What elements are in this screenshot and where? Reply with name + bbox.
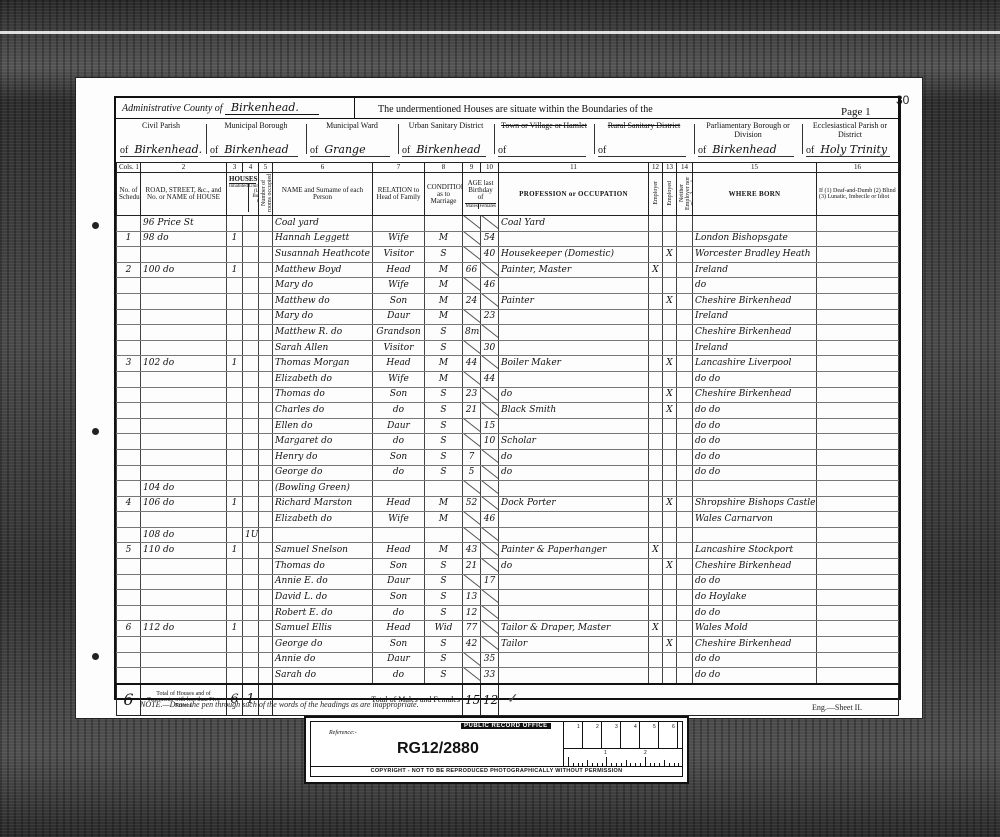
cell-born: Ireland [693,309,817,325]
cell-name: Hannah Leggett [273,231,373,247]
cell-employer [649,309,663,325]
cell-condition: Wid [425,621,463,637]
cell-inhabited [227,668,243,684]
ruler-cm-label: 1 [577,724,580,730]
cell-neither [677,637,693,653]
punch-hole [92,428,99,435]
cell-inhabited: 1 [227,262,243,278]
cell-employer [649,449,663,465]
cell-schedule [117,309,141,325]
cell-condition: M [425,278,463,294]
cell-female-age: 44 [481,371,499,387]
cell-uninhabited [243,668,259,684]
cell-address [141,325,227,341]
cell-name: Thomas Morgan [273,356,373,372]
cell-condition: S [425,559,463,575]
cell-uninhabited [243,231,259,247]
cell-name: Robert E. do [273,605,373,621]
cell-relation: Wife [373,231,425,247]
cell-female-age: 33 [481,668,499,684]
cell-male-age: 12 [463,605,481,621]
cell-employer [649,356,663,372]
cell-employed [663,325,677,341]
cell-born: Shropshire Bishops Castle [693,496,817,512]
cell-female-age [481,637,499,653]
copyright-notice: COPYRIGHT - NOT TO BE REPRODUCED PHOTOGR… [311,766,682,776]
table-row: 108 do1U [117,527,899,543]
cell-inhabited [227,340,243,356]
column-number: 7 [373,163,425,173]
cell-relation: Son [373,590,425,606]
column-number: 2 [141,163,227,173]
cell-male-age [463,481,481,497]
cell-female-age: 10 [481,434,499,450]
cell-employed [663,309,677,325]
cell-name: Margaret do [273,434,373,450]
cell-name: Thomas do [273,559,373,575]
cell-uninhabited [243,387,259,403]
cell-inhabited [227,309,243,325]
cell-condition: S [425,434,463,450]
cell-born: Cheshire Birkenhead [693,387,817,403]
cell-schedule [117,605,141,621]
cell-condition: M [425,309,463,325]
cell-male-age [463,247,481,263]
cell-neither [677,574,693,590]
cell-female-age [481,559,499,575]
census-form: Administrative County of Birkenhead. The… [114,96,901,700]
cell-name: Sarah Allen [273,340,373,356]
cell-employer [649,387,663,403]
cell-male-age [463,668,481,684]
col-relation: RELATION to Head of Family [373,173,425,216]
cell-relation: Son [373,449,425,465]
cell-occupation [499,590,649,606]
cell-uninhabited [243,418,259,434]
boundary-8: Ecclesiastical Parish or DistrictofHoly … [802,118,898,162]
cell-occupation: do [499,465,649,481]
cell-employer [649,496,663,512]
col-houses: HOUSES Inhabited Uninhabited (U.), or Bu… [227,173,259,216]
cell-rooms [259,356,273,372]
cell-schedule [117,512,141,528]
cell-uninhabited [243,481,259,497]
cell-neither [677,356,693,372]
cell-schedule [117,481,141,497]
cell-relation: Son [373,559,425,575]
boundary-value: Grange [324,143,365,156]
cell-inhabited [227,449,243,465]
punch-hole [92,653,99,660]
cell-male-age [463,527,481,543]
cell-condition: S [425,449,463,465]
cell-infirmity [817,512,899,528]
table-row: Robert E. dodoS12do do [117,605,899,621]
cell-relation [373,481,425,497]
form-header: Administrative County of Birkenhead. The… [116,98,898,119]
cell-name: (Bowling Green) [273,481,373,497]
cell-occupation: Coal Yard [499,216,649,232]
cell-occupation [499,668,649,684]
column-number: 11 [499,163,649,173]
cell-employer [649,465,663,481]
cell-inhabited [227,605,243,621]
boundary-value: Birkenhead [712,143,776,156]
cell-rooms [259,590,273,606]
column-number: 15 [693,163,817,173]
cell-female-age [481,543,499,559]
cell-infirmity [817,371,899,387]
cell-employed [663,340,677,356]
table-row: Annie E. doDaurS17do do [117,574,899,590]
cell-male-age: 5 [463,465,481,481]
cell-condition: M [425,543,463,559]
cell-occupation [499,512,649,528]
cell-male-age [463,216,481,232]
boundary-4: Urban Sanitary DistrictofBirkenhead [398,118,494,162]
cell-uninhabited [243,434,259,450]
cell-address [141,559,227,575]
cell-relation: Daur [373,418,425,434]
cell-occupation: Housekeeper (Domestic) [499,247,649,263]
cell-infirmity [817,465,899,481]
table-row: Sarah AllenVisitorS30Ireland [117,340,899,356]
cell-rooms [259,247,273,263]
cell-condition: M [425,262,463,278]
cell-infirmity [817,496,899,512]
cell-relation: Daur [373,574,425,590]
cell-male-age: 13 [463,590,481,606]
table-row: 4106 do1Richard MarstonHeadM52Dock Porte… [117,496,899,512]
cell-employer [649,527,663,543]
cell-neither [677,387,693,403]
cell-inhabited [227,418,243,434]
cell-infirmity [817,449,899,465]
cell-employer: X [649,543,663,559]
cell-address [141,605,227,621]
cell-rooms [259,403,273,419]
cell-inhabited [227,465,243,481]
cell-uninhabited [243,652,259,668]
cell-name [273,527,373,543]
cell-condition [425,527,463,543]
column-number: 10 [481,163,499,173]
cell-rooms [259,325,273,341]
cell-male-age [463,512,481,528]
table-row: Ellen doDaurS15do do [117,418,899,434]
cell-born: Ireland [693,340,817,356]
cell-schedule: 4 [117,496,141,512]
cell-born: do do [693,574,817,590]
cell-relation: Head [373,356,425,372]
cell-employer [649,293,663,309]
cell-address [141,637,227,653]
table-row: Elizabeth doWifeM46Wales Carnarvon [117,512,899,528]
cell-rooms [259,309,273,325]
table-row: David L. doSonS13do Hoylake [117,590,899,606]
cell-born: Cheshire Birkenhead [693,325,817,341]
table-row: Thomas doSonS23doXCheshire Birkenhead [117,387,899,403]
cell-relation [373,216,425,232]
table-row: Thomas doSonS21doXCheshire Birkenhead [117,559,899,575]
cell-employer [649,512,663,528]
cell-employer [649,371,663,387]
cell-name: Thomas do [273,387,373,403]
cell-uninhabited [243,574,259,590]
cell-male-age [463,418,481,434]
col-infirmity: If (1) Deaf-and-Dumb (2) Blind (3) Lunat… [817,173,899,216]
cell-relation: Head [373,496,425,512]
column-number: 4 [243,163,259,173]
cell-occupation [499,340,649,356]
cell-name: David L. do [273,590,373,606]
cell-name: George do [273,465,373,481]
cell-neither [677,247,693,263]
cell-schedule [117,574,141,590]
cell-name: Annie do [273,652,373,668]
cell-relation: do [373,668,425,684]
cell-born: Wales Mold [693,621,817,637]
cell-employed: X [663,247,677,263]
cell-inhabited [227,512,243,528]
cell-female-age [481,387,499,403]
table-row: Matthew R. doGrandsonS8mCheshire Birkenh… [117,325,899,341]
cell-female-age: 15 [481,418,499,434]
col-occupation: PROFESSION or OCCUPATION [499,173,649,216]
cell-name: Mary do [273,309,373,325]
cell-neither [677,371,693,387]
cell-infirmity [817,418,899,434]
cell-uninhabited [243,637,259,653]
cell-rooms [259,449,273,465]
col-age: AGE last Birthday of Males Females [463,173,499,216]
cell-uninhabited: 1U [243,527,259,543]
col-employer: Employer [649,173,663,216]
cell-infirmity [817,403,899,419]
cell-female-age [481,262,499,278]
cell-address [141,590,227,606]
cell-employed [663,434,677,450]
cell-employer [649,637,663,653]
cell-uninhabited [243,340,259,356]
cell-rooms [259,543,273,559]
cell-male-age: 21 [463,403,481,419]
cell-condition: S [425,652,463,668]
cell-neither [677,543,693,559]
cell-inhabited [227,527,243,543]
cell-name: Charles do [273,403,373,419]
table-row: 3102 do1Thomas MorganHeadM44Boiler Maker… [117,356,899,372]
cell-condition: M [425,356,463,372]
cell-inhabited [227,371,243,387]
col-schedule: No. of Schedule [117,173,141,216]
cell-occupation [499,371,649,387]
column-number: 8 [425,163,463,173]
cell-female-age [481,605,499,621]
cell-male-age: 24 [463,293,481,309]
boundary-6: Rural Sanitary Districtof [594,118,694,162]
cell-rooms [259,668,273,684]
cell-rooms [259,231,273,247]
cell-female-age [481,216,499,232]
boundary-value: Birkenhead [224,143,288,156]
cell-occupation [499,527,649,543]
cell-rooms [259,652,273,668]
cell-female-age: 17 [481,574,499,590]
cell-employer [649,403,663,419]
cell-female-age: 46 [481,278,499,294]
cell-neither [677,434,693,450]
cell-infirmity [817,481,899,497]
column-headers-row: No. of Schedule ROAD, STREET, &c., and N… [117,173,899,216]
cell-uninhabited [243,403,259,419]
cell-condition: S [425,574,463,590]
cell-female-age [481,293,499,309]
cell-employer [649,605,663,621]
cell-address [141,574,227,590]
cell-name: Susannah Heathcote [273,247,373,263]
cell-address [141,278,227,294]
cell-neither [677,262,693,278]
sheet-identifier: Eng.—Sheet II. [812,703,862,712]
cell-relation: do [373,465,425,481]
boundary-value: Holy Trinity [820,143,887,156]
column-number: 9 [463,163,481,173]
cell-neither [677,465,693,481]
cell-name: Samuel Ellis [273,621,373,637]
cell-female-age [481,481,499,497]
table-row: Margaret dodoS10Scholardo do [117,434,899,450]
cell-neither [677,621,693,637]
cell-condition: S [425,668,463,684]
column-numbers-row: Cols. 12345678910111213141516 [117,163,899,173]
cell-rooms [259,293,273,309]
cell-address: 100 do [141,262,227,278]
cell-infirmity [817,231,899,247]
ruler-cm-label: 2 [596,724,599,730]
cell-schedule [117,637,141,653]
cell-employed [663,527,677,543]
cell-condition: S [425,247,463,263]
column-number: 6 [273,163,373,173]
cell-employed [663,481,677,497]
cell-uninhabited [243,247,259,263]
cell-employer [649,278,663,294]
cell-male-age: 44 [463,356,481,372]
cell-condition: S [425,387,463,403]
ruler-inch-label: 2 [644,750,647,756]
col-inhabited: Inhabited [229,184,249,212]
cell-name: Matthew Boyd [273,262,373,278]
cell-relation: Son [373,387,425,403]
cell-employed [663,418,677,434]
cell-infirmity [817,543,899,559]
cell-uninhabited [243,293,259,309]
cell-employed [663,543,677,559]
col-condition: CONDITION as to Marriage [425,173,463,216]
table-row: Mary doWifeM46do [117,278,899,294]
cell-employed [663,605,677,621]
cell-relation: Head [373,262,425,278]
cell-schedule: 5 [117,543,141,559]
cell-inhabited [227,559,243,575]
cell-schedule: 6 [117,621,141,637]
ruler-cm-label: 6 [672,724,675,730]
cell-condition: S [425,340,463,356]
cell-neither [677,403,693,419]
cell-occupation: Painter & Paperhanger [499,543,649,559]
cell-relation: Son [373,293,425,309]
cell-address: 108 do [141,527,227,543]
cell-employer [649,247,663,263]
cell-uninhabited [243,216,259,232]
cell-relation: Head [373,621,425,637]
cell-uninhabited [243,449,259,465]
cell-born: do do [693,403,817,419]
boundary-label: Rural Sanitary District [594,121,694,130]
cell-female-age [481,527,499,543]
table-row: George doSonS42TailorXCheshire Birkenhea… [117,637,899,653]
boundary-1: Civil ParishofBirkenhead. [116,118,206,162]
cell-condition [425,481,463,497]
cell-male-age [463,309,481,325]
cell-address [141,309,227,325]
cell-neither [677,527,693,543]
cell-occupation: Painter, Master [499,262,649,278]
cell-employed: X [663,496,677,512]
cell-employed: X [663,559,677,575]
table-row: 5110 do1Samuel SnelsonHeadM43Painter & P… [117,543,899,559]
cell-rooms [259,621,273,637]
cell-occupation: Black Smith [499,403,649,419]
cell-schedule [117,371,141,387]
cell-condition: S [425,590,463,606]
cell-born [693,527,817,543]
cell-inhabited [227,590,243,606]
cell-occupation [499,231,649,247]
cell-schedule [117,278,141,294]
cell-inhabited [227,325,243,341]
cell-condition: M [425,371,463,387]
cell-schedule [117,527,141,543]
cell-schedule [117,465,141,481]
cell-born: do do [693,652,817,668]
cell-born: do do [693,371,817,387]
table-row: 96 Price StCoal yardCoal Yard [117,216,899,232]
cell-inhabited: 1 [227,621,243,637]
cell-address: 110 do [141,543,227,559]
cell-occupation: Boiler Maker [499,356,649,372]
cell-neither [677,418,693,434]
cell-male-age: 66 [463,262,481,278]
cell-rooms [259,434,273,450]
cell-rooms [259,512,273,528]
cell-born: do do [693,465,817,481]
boundary-value: Birkenhead. [134,143,202,156]
cell-occupation: Tailor & Draper, Master [499,621,649,637]
cell-employed [663,262,677,278]
cell-infirmity [817,590,899,606]
cell-inhabited [227,652,243,668]
cell-uninhabited [243,605,259,621]
cell-neither [677,216,693,232]
cell-rooms [259,574,273,590]
cell-employed [663,231,677,247]
cell-schedule [117,403,141,419]
cell-neither [677,559,693,575]
cell-name: Samuel Snelson [273,543,373,559]
cell-address: 102 do [141,356,227,372]
